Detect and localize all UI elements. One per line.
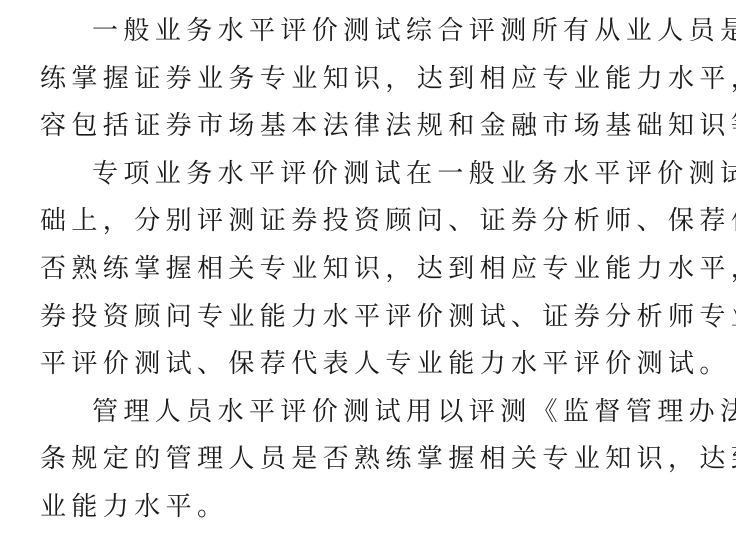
text-line: 券投资顾问专业能力水平评价测试、证券分析师专业能力水 (40, 294, 680, 342)
text-line: 管理人员水平评价测试用以评测《监督管理办法》第七 (40, 389, 680, 437)
text-line: 一般业务水平评价测试综合评测所有从业人员是否熟 (40, 8, 680, 56)
document-body: 一般业务水平评价测试综合评测所有从业人员是否熟 练掌握证券业务专业知识，达到相应… (40, 8, 680, 532)
text-line: 容包括证券市场基本法律法规和金融市场基础知识等方面。 (40, 103, 680, 151)
paragraph-management-test: 管理人员水平评价测试用以评测《监督管理办法》第七 条规定的管理人员是否熟练掌握相… (40, 389, 680, 532)
text-line: 础上，分别评测证券投资顾问、证券分析师、保荐代表人是 (40, 198, 680, 246)
text-line: 否熟练掌握相关专业知识，达到相应专业能力水平，包括证 (40, 246, 680, 294)
text-line: 专项业务水平评价测试在一般业务水平评价测试的基 (40, 151, 680, 199)
paragraph-special-test: 专项业务水平评价测试在一般业务水平评价测试的基 础上，分别评测证券投资顾问、证券… (40, 151, 680, 389)
text-line: 业能力水平。 (40, 484, 680, 532)
text-line: 条规定的管理人员是否熟练掌握相关专业知识，达到相应专 (40, 436, 680, 484)
text-line: 平评价测试、保荐代表人专业能力水平评价测试。 (40, 341, 680, 389)
paragraph-general-test: 一般业务水平评价测试综合评测所有从业人员是否熟 练掌握证券业务专业知识，达到相应… (40, 8, 680, 151)
text-line: 练掌握证券业务专业知识，达到相应专业能力水平，测试内 (40, 56, 680, 104)
